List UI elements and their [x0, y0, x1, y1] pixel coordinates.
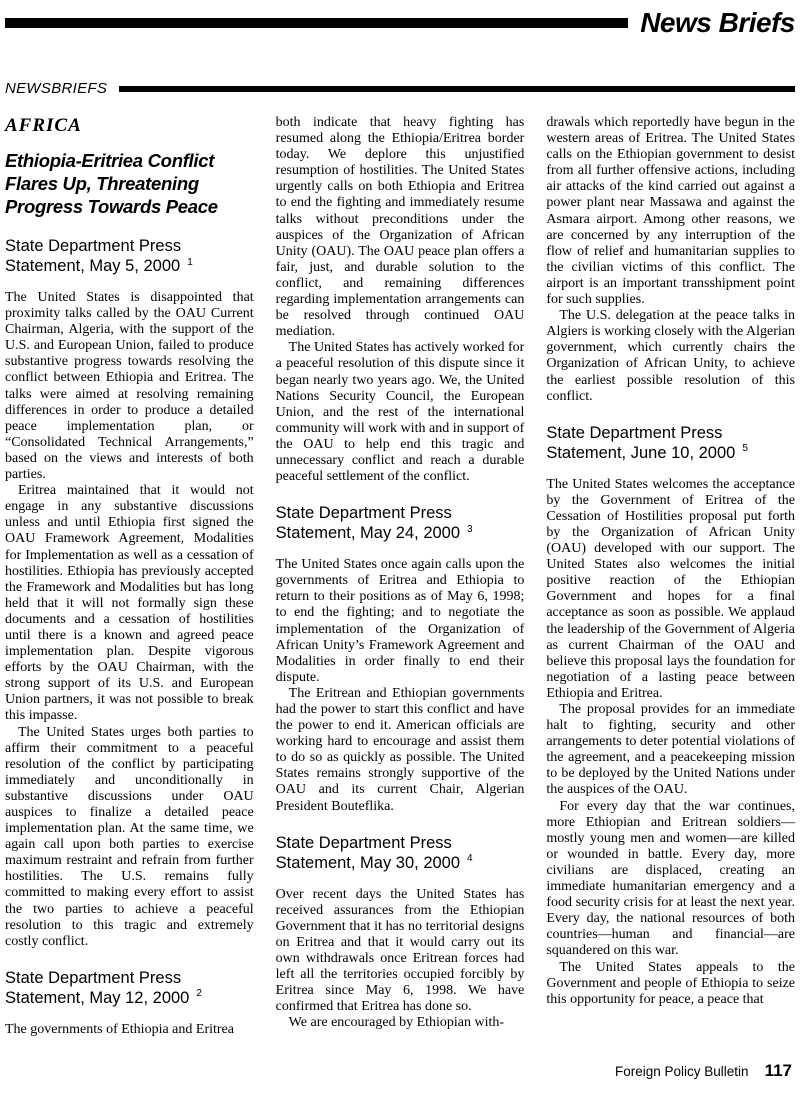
page-number: 117 — [765, 1061, 792, 1081]
masthead: News Briefs — [5, 6, 795, 40]
masthead-rule — [5, 18, 628, 28]
paragraph: The United States is disappointed that p… — [5, 290, 254, 483]
paragraph: The U.S. delegation at the peace talks i… — [546, 308, 795, 405]
article-headline: Ethiopia-Eritriea Conflict Flares Up, Th… — [5, 149, 254, 218]
column-2: both indicate that heavy fighting has re… — [276, 115, 525, 1038]
region-kicker: AFRICA — [5, 115, 254, 137]
paragraph: Over recent days the United States has r… — [276, 887, 525, 1016]
section-rule — [119, 86, 795, 92]
paragraph: The governments of Ethiopia and Eritrea — [5, 1022, 254, 1038]
article-columns: AFRICAEthiopia-Eritriea Conflict Flares … — [5, 115, 795, 1038]
paragraph: drawals which reportedly have begun in t… — [546, 115, 795, 308]
page-title: News Briefs — [640, 7, 795, 39]
paragraph: both indicate that heavy fighting has re… — [276, 115, 525, 340]
paragraph: The United States urges both parties to … — [5, 725, 254, 950]
journal-title: Foreign Policy Bulletin — [615, 1064, 749, 1079]
paragraph: The proposal provides for an immediate h… — [546, 702, 795, 799]
section-header: NEWSBRIEFS — [5, 80, 795, 97]
paragraph: We are encouraged by Ethiopian with- — [276, 1015, 525, 1031]
page-footer: Foreign Policy Bulletin 117 — [615, 1061, 792, 1081]
column-3: drawals which reportedly have begun in t… — [546, 115, 795, 1038]
statement-heading: State Department Press Statement, May 30… — [276, 833, 525, 873]
column-1: AFRICAEthiopia-Eritriea Conflict Flares … — [5, 115, 254, 1038]
paragraph: For every day that the war continues, mo… — [546, 799, 795, 960]
paragraph: The United States appeals to the Governm… — [546, 960, 795, 1008]
statement-heading: State Department Press Statement, June 1… — [546, 423, 795, 463]
statement-heading: State Department Press Statement, May 12… — [5, 968, 254, 1008]
paragraph: The United States welcomes the acceptanc… — [546, 477, 795, 702]
paragraph: The United States has actively worked fo… — [276, 340, 525, 485]
bulletin-page: News Briefs NEWSBRIEFS AFRICAEthiopia-Er… — [0, 0, 800, 1093]
statement-heading: State Department Press Statement, May 5,… — [5, 236, 254, 276]
paragraph: Eritrea maintained that it would not eng… — [5, 483, 254, 724]
section-label: NEWSBRIEFS — [5, 80, 107, 97]
paragraph: The United States once again calls upon … — [276, 557, 525, 686]
paragraph: The Eritrean and Ethiopian governments h… — [276, 686, 525, 815]
statement-heading: State Department Press Statement, May 24… — [276, 503, 525, 543]
